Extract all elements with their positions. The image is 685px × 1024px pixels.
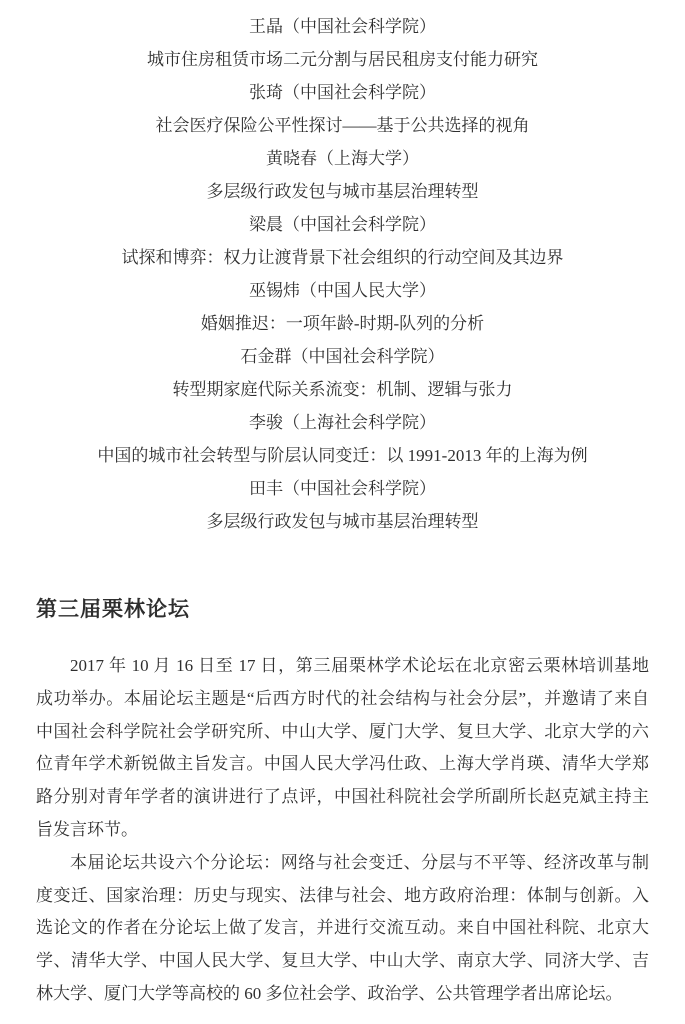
paper-title-line: 社会医疗保险公平性探讨——基于公共选择的视角: [36, 109, 649, 142]
paper-title-line: 中国的城市社会转型与阶层认同变迁：以 1991-2013 年的上海为例: [36, 439, 649, 472]
paper-title-line: 婚姻推迟：一项年龄-时期-队列的分析: [36, 307, 649, 340]
paragraph-line: 成功举办。本届论坛主题是“后西方时代的社会结构与社会分层”，并邀请了来自: [36, 683, 649, 716]
author-affiliation-line: 黄晓春（上海大学）: [36, 142, 649, 175]
author-affiliation-line: 石金群（中国社会科学院）: [36, 340, 649, 373]
paragraph-subforums: 本届论坛共设六个分论坛：网络与社会变迁、分层与不平等、经济改革与制 度变迁、国家…: [36, 847, 649, 1011]
paragraph-line: 选论文的作者在分论坛上做了发言，并进行交流互动。来自中国社科院、北京大: [36, 912, 649, 945]
paragraph-line: 2017 年 10 月 16 日至 17 日，第三届栗林学术论坛在北京密云栗林培…: [36, 650, 649, 683]
author-affiliation-line: 王晶（中国社会科学院）: [36, 10, 649, 43]
paper-title-line: 多层级行政发包与城市基层治理转型: [36, 175, 649, 208]
paper-title-line: 多层级行政发包与城市基层治理转型: [36, 505, 649, 538]
paragraph-line: 路分别对青年学者的演讲进行了点评，中国社科院社会学所副所长赵克斌主持主: [36, 781, 649, 814]
section-heading: 第三届栗林论坛: [36, 594, 649, 624]
paragraph-line: 旨发言环节。: [36, 814, 649, 847]
author-affiliation-line: 田丰（中国社会科学院）: [36, 472, 649, 505]
paragraph-line: 林大学、厦门大学等高校的 60 多位社会学、政治学、公共管理学者出席论坛。: [36, 978, 649, 1011]
author-affiliation-line: 梁晨（中国社会科学院）: [36, 208, 649, 241]
paragraph-line: 中国社会科学院社会学研究所、中山大学、厦门大学、复旦大学、北京大学的六: [36, 716, 649, 749]
author-affiliation-line: 巫锡炜（中国人民大学）: [36, 274, 649, 307]
paper-title-line: 试探和博弈：权力让渡背景下社会组织的行动空间及其边界: [36, 241, 649, 274]
document-page: 王晶（中国社会科学院） 城市住房租赁市场二元分割与居民租房支付能力研究 张琦（中…: [0, 0, 685, 1024]
author-affiliation-line: 张琦（中国社会科学院）: [36, 76, 649, 109]
paragraph-line: 本届论坛共设六个分论坛：网络与社会变迁、分层与不平等、经济改革与制: [36, 847, 649, 880]
keynote-list: 王晶（中国社会科学院） 城市住房租赁市场二元分割与居民租房支付能力研究 张琦（中…: [36, 10, 649, 538]
paragraph-line: 度变迁、国家治理：历史与现实、法律与社会、地方政府治理：体制与创新。入: [36, 880, 649, 913]
paragraph-forum-overview: 2017 年 10 月 16 日至 17 日，第三届栗林学术论坛在北京密云栗林培…: [36, 650, 649, 847]
paper-title-line: 城市住房租赁市场二元分割与居民租房支付能力研究: [36, 43, 649, 76]
author-affiliation-line: 李骏（上海社会科学院）: [36, 406, 649, 439]
paragraph-line: 学、清华大学、中国人民大学、复旦大学、中山大学、南京大学、同济大学、吉: [36, 945, 649, 978]
paragraph-line: 位青年学术新锐做主旨发言。中国人民大学冯仕政、上海大学肖瑛、清华大学郑: [36, 748, 649, 781]
paper-title-line: 转型期家庭代际关系流变：机制、逻辑与张力: [36, 373, 649, 406]
